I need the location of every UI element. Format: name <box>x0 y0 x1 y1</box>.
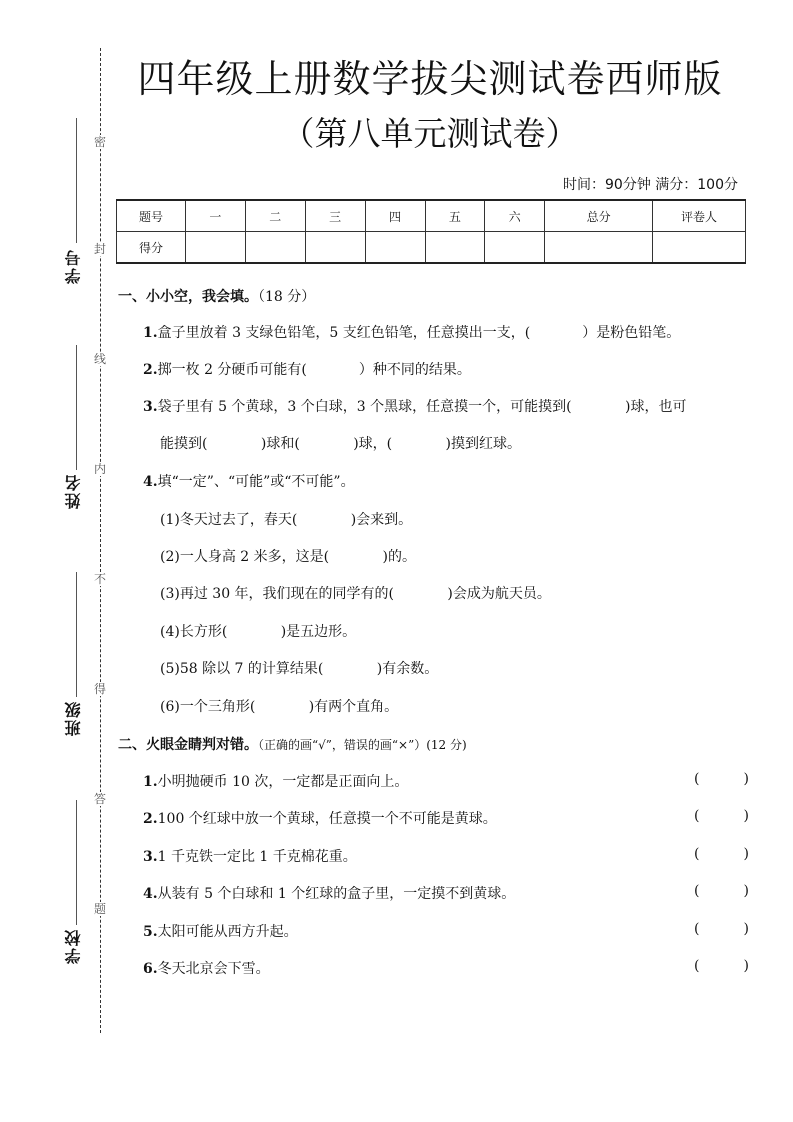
school-field[interactable]: 学校 <box>62 800 88 970</box>
score-input-cell[interactable] <box>186 232 246 264</box>
section-points: （18 分） <box>258 289 315 305</box>
sub-question: (6)一个三角形( )有两个直角。 <box>160 696 398 716</box>
answer-paren[interactable]: () <box>694 958 749 974</box>
page-subtitle: （第八单元测试卷） <box>110 108 750 155</box>
seal-char: 密 <box>92 135 108 149</box>
sub-question: (2)一人身高 2 米多，这是( )的。 <box>160 546 416 566</box>
judge-question: 3.1 千克铁一定比 1 千克棉花重。 <box>143 846 357 866</box>
sub-question: (1)冬天过去了，春天( )会来到。 <box>160 509 412 529</box>
table-cell: 六 <box>485 200 545 232</box>
section-instruction: （正确的画“√”，错误的画“×”）(12 分) <box>258 738 467 752</box>
table-cell: 三 <box>305 200 365 232</box>
field-label: 学号 <box>62 248 85 284</box>
seal-char: 内 <box>92 462 108 476</box>
question-1-3: 3.袋子里有 5 个黄球，3 个白球，3 个黑球，任意摸一个，可能摸到( )球，… <box>143 396 686 416</box>
class-field[interactable]: 班级 <box>62 572 88 742</box>
score-input-cell[interactable] <box>545 232 653 264</box>
field-line <box>76 118 77 243</box>
answer-paren[interactable]: () <box>694 846 749 862</box>
answer-paren[interactable]: () <box>694 921 749 937</box>
question-1-2: 2.掷一枚 2 分硬币可能有(）种不同的结果。 <box>143 359 471 379</box>
seal-char: 线 <box>92 352 108 366</box>
score-input-cell[interactable] <box>305 232 365 264</box>
field-line <box>76 800 77 925</box>
section-1-heading: 一、小小空，我会填。（18 分） <box>118 286 315 306</box>
table-cell: 一 <box>186 200 246 232</box>
field-label: 学校 <box>62 928 85 964</box>
score-input-cell[interactable] <box>365 232 425 264</box>
table-cell: 题号 <box>117 200 186 232</box>
judge-question: 4.从装有 5 个白球和 1 个红球的盒子里，一定摸不到黄球。 <box>143 883 515 903</box>
score-input-cell[interactable] <box>485 232 545 264</box>
table-cell: 二 <box>245 200 305 232</box>
answer-paren[interactable]: () <box>694 771 749 787</box>
section-title: 一、小小空，我会填。 <box>118 289 258 305</box>
judge-question: 5.太阳可能从西方升起。 <box>143 921 298 941</box>
section-title: 二、火眼金睛判对错。 <box>118 737 258 753</box>
answer-paren[interactable]: () <box>694 883 749 899</box>
question-1-1: 1.盒子里放着 3 支绿色铅笔，5 支红色铅笔，任意摸出一支，(）是粉色铅笔。 <box>143 322 680 342</box>
seal-char: 封 <box>92 242 108 256</box>
table-cell: 总分 <box>545 200 653 232</box>
judge-question: 2.100 个红球中放一个黄球，任意摸一个不可能是黄球。 <box>143 808 497 828</box>
table-cell: 四 <box>365 200 425 232</box>
field-line <box>76 345 77 470</box>
sub-question: (5)58 除以 7 的计算结果( )有余数。 <box>160 658 438 678</box>
sub-question: (3)再过 30 年，我们现在的同学有的( )会成为航天员。 <box>160 583 551 603</box>
seal-char: 不 <box>92 572 108 586</box>
judge-question: 6.冬天北京会下雪。 <box>143 958 270 978</box>
table-cell: 五 <box>425 200 485 232</box>
answer-paren[interactable]: () <box>694 808 749 824</box>
table-score-row: 得分 <box>117 232 746 264</box>
judge-question: 1.小明抛硬币 10 次，一定都是正面向上。 <box>143 771 408 791</box>
score-table: 题号 一 二 三 四 五 六 总分 评卷人 得分 <box>116 199 746 264</box>
table-header-row: 题号 一 二 三 四 五 六 总分 评卷人 <box>117 200 746 232</box>
score-input-cell[interactable] <box>245 232 305 264</box>
table-cell: 得分 <box>117 232 186 264</box>
section-2-heading: 二、火眼金睛判对错。（正确的画“√”，错误的画“×”）(12 分) <box>118 734 467 754</box>
binding-dashed-line <box>100 48 101 1033</box>
page-title: 四年级上册数学拔尖测试卷西师版 <box>110 48 750 103</box>
field-label: 班级 <box>62 700 85 736</box>
field-line <box>76 572 77 697</box>
table-cell: 评卷人 <box>653 200 746 232</box>
seal-char: 答 <box>92 792 108 806</box>
question-1-3-cont: 能摸到( )球和( )球，( )摸到红球。 <box>160 433 521 453</box>
seal-char: 题 <box>92 902 108 916</box>
sub-question: (4)长方形( )是五边形。 <box>160 621 356 641</box>
time-info: 时间：90分钟 满分：100分 <box>563 174 738 194</box>
student-id-field[interactable]: 学号 <box>62 118 88 288</box>
score-input-cell[interactable] <box>653 232 746 264</box>
seal-char: 得 <box>92 682 108 696</box>
name-field[interactable]: 姓名 <box>62 345 88 515</box>
score-input-cell[interactable] <box>425 232 485 264</box>
question-1-4: 4.填“一定”、“可能”或“不可能”。 <box>143 471 355 491</box>
field-label: 姓名 <box>62 473 85 509</box>
